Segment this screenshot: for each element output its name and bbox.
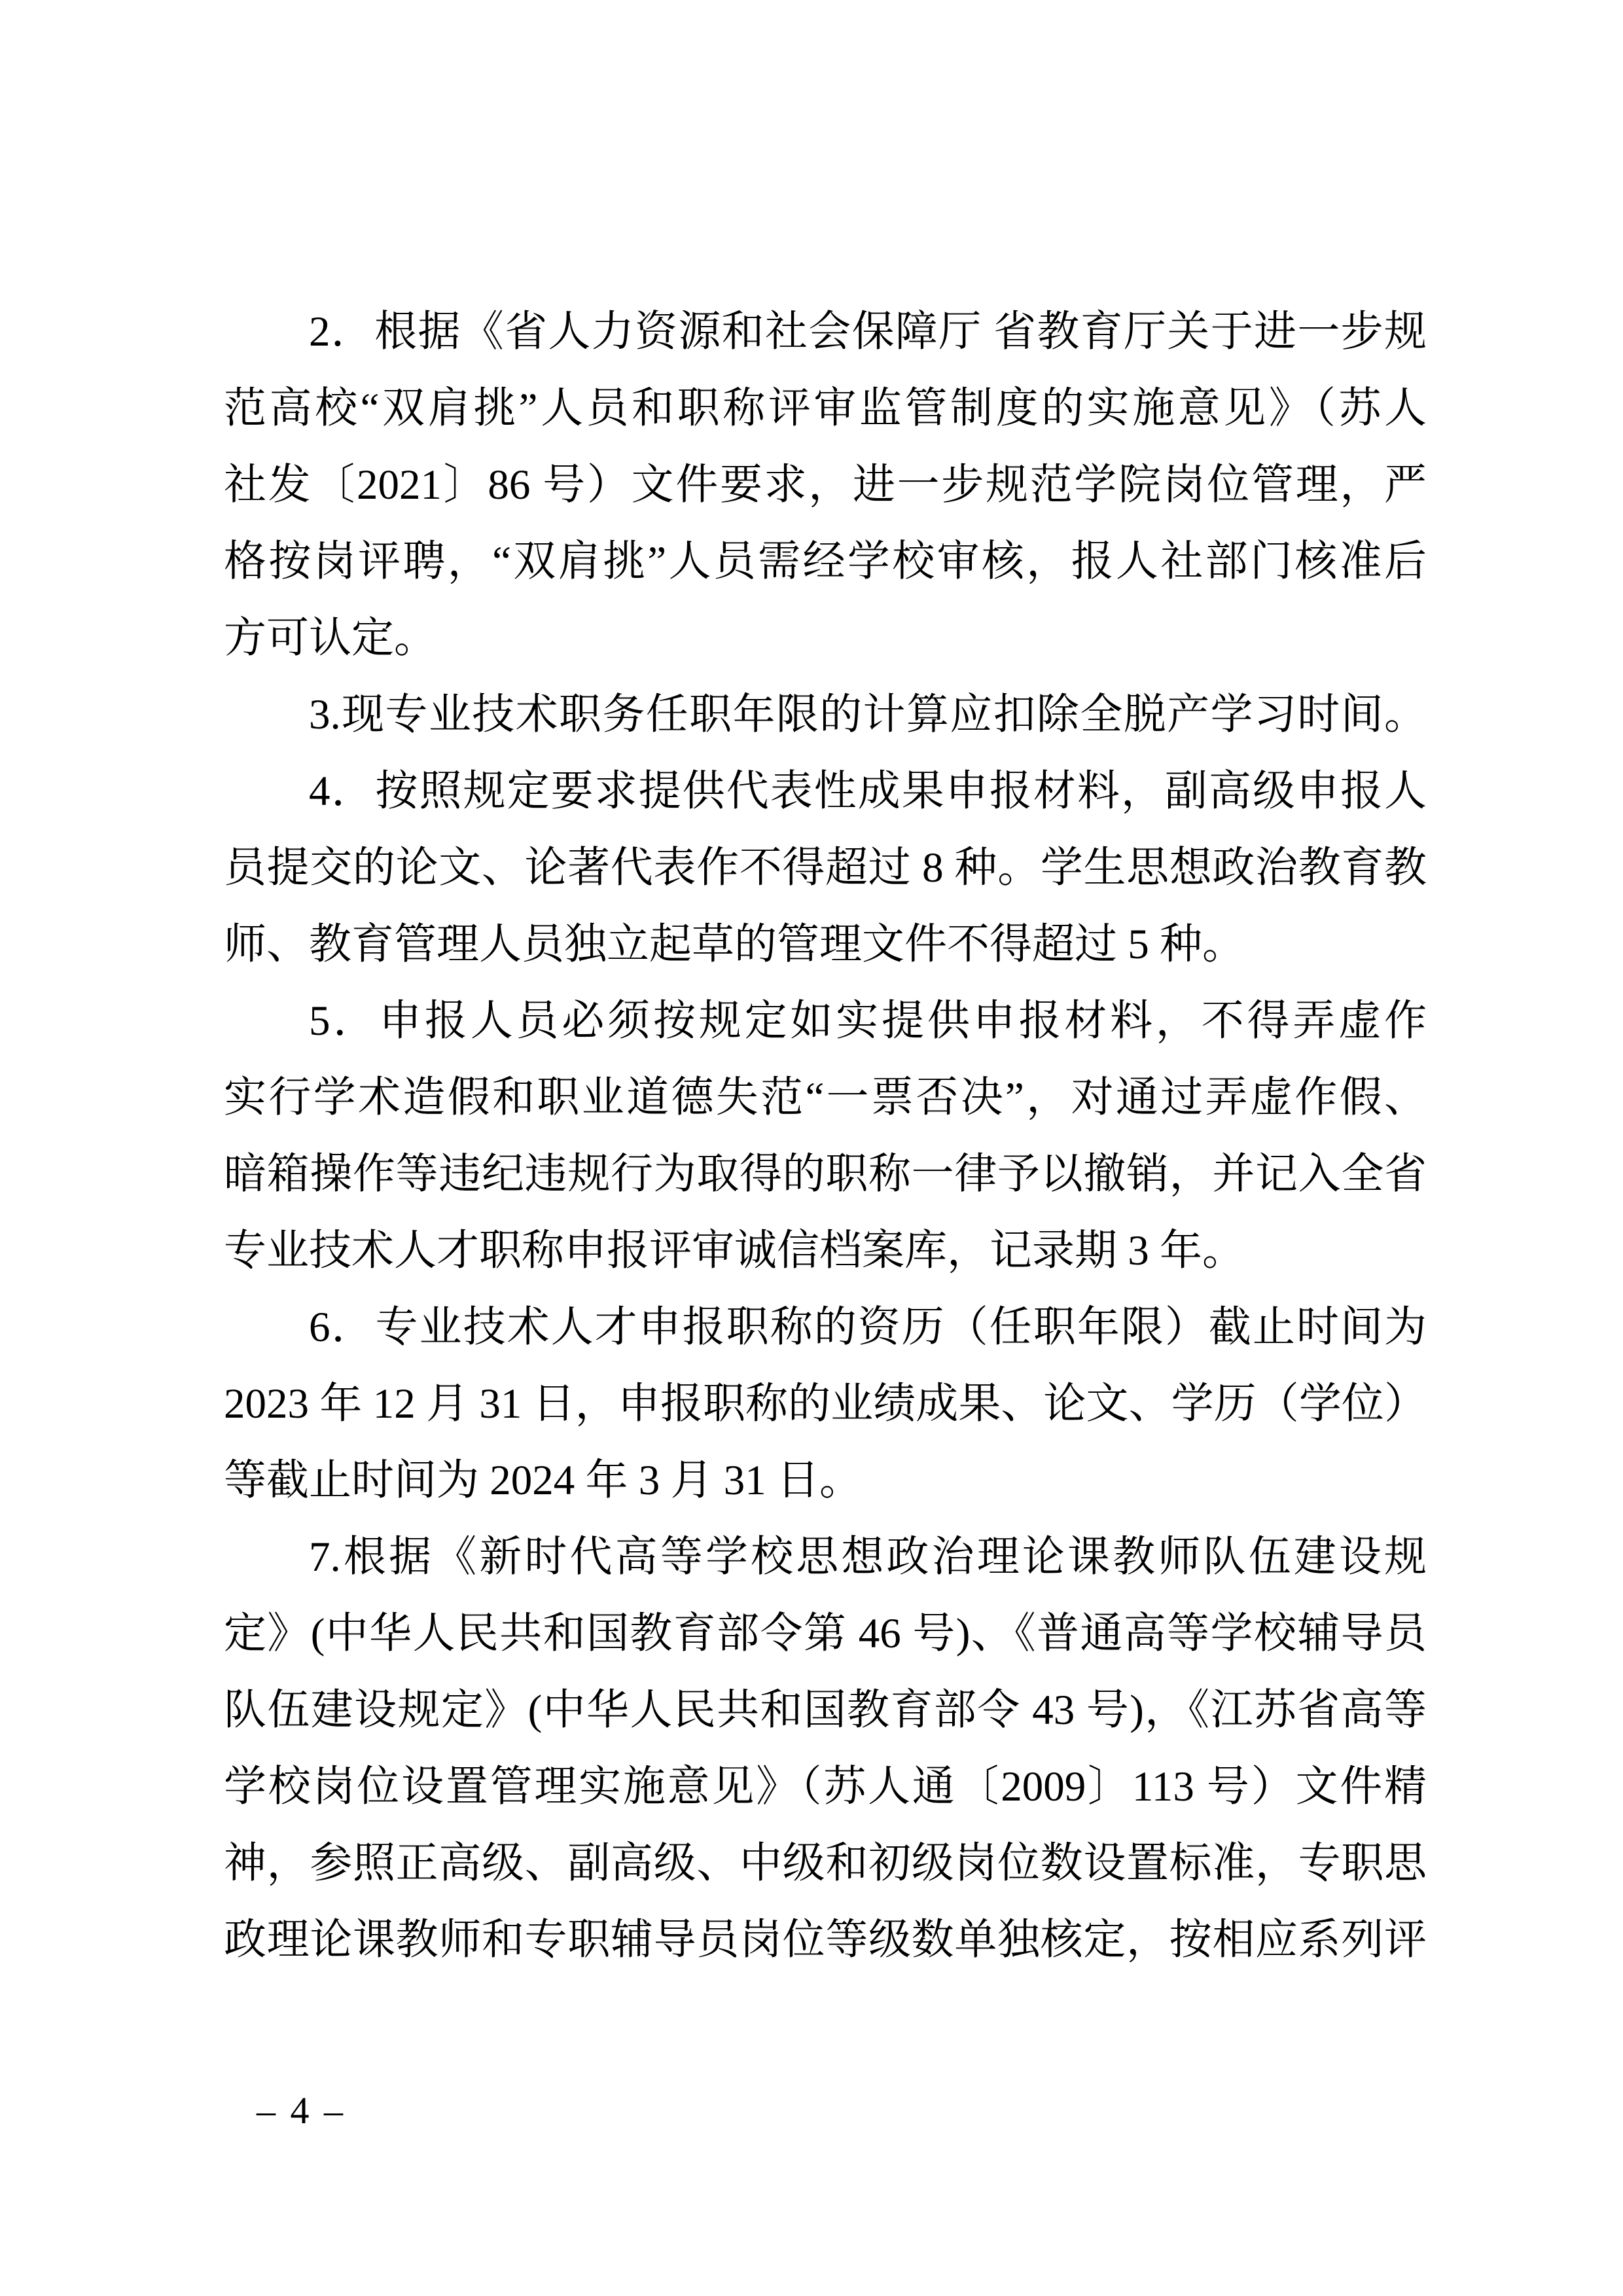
page-number: – 4 – (257, 2092, 346, 2130)
document-page: 2．根据《省人力资源和社会保障厅 省教育厅关于进一步规 范高校“双肩挑”人员和职… (0, 0, 1623, 2296)
text-line: 专业技术人才职称申报评审诚信档案库，记录期 3 年。 (224, 1213, 1427, 1289)
paragraph-4: 4．按照规定要求提供代表性成果申报材料，副高级申报人 员提交的论文、论著代表作不… (224, 753, 1427, 983)
text-line: 6．专业技术人才申报职称的资历（任职年限）截止时间为 (224, 1289, 1427, 1366)
document-body: 2．根据《省人力资源和社会保障厅 省教育厅关于进一步规 范高校“双肩挑”人员和职… (224, 294, 1427, 1979)
text-line: 师、教育管理人员独立起草的管理文件不得超过 5 种。 (224, 906, 1427, 983)
text-line: 政理论课教师和专职辅导员岗位等级数单独核定，按相应系列评 (224, 1902, 1427, 1979)
paragraph-5: 5．申报人员必须按规定如实提供申报材料，不得弄虚作假。 实行学术造假和职业道德失… (224, 983, 1427, 1289)
paragraph-6: 6．专业技术人才申报职称的资历（任职年限）截止时间为 2023 年 12 月 3… (224, 1289, 1427, 1519)
text-line: 范高校“双肩挑”人员和职称评审监管制度的实施意见》（苏人 (224, 370, 1427, 447)
text-line: 定》(中华人民共和国教育部令第 46 号)、《普通高等学校辅导员 (224, 1596, 1427, 1672)
text-line: 2023 年 12 月 31 日，申报职称的业绩成果、论文、学历（学位） (224, 1366, 1427, 1443)
text-line: 队伍建设规定》(中华人民共和国教育部令 43 号)，《江苏省高等 (224, 1672, 1427, 1749)
text-line: 等截止时间为 2024 年 3 月 31 日。 (224, 1443, 1427, 1519)
text-line: 员提交的论文、论著代表作不得超过 8 种。学生思想政治教育教 (224, 830, 1427, 906)
text-line: 3.现专业技术职务任职年限的计算应扣除全脱产学习时间。 (224, 677, 1427, 753)
paragraph-2: 2．根据《省人力资源和社会保障厅 省教育厅关于进一步规 范高校“双肩挑”人员和职… (224, 294, 1427, 677)
paragraph-7: 7.根据《新时代高等学校思想政治理论课教师队伍建设规 定》(中华人民共和国教育部… (224, 1519, 1427, 1979)
text-line: 7.根据《新时代高等学校思想政治理论课教师队伍建设规 (224, 1519, 1427, 1596)
text-line: 神，参照正高级、副高级、中级和初级岗位数设置标准，专职思 (224, 1825, 1427, 1902)
text-line: 实行学术造假和职业道德失范“一票否决”，对通过弄虚作假、 (224, 1060, 1427, 1136)
text-line: 社发〔2021〕86 号）文件要求，进一步规范学院岗位管理，严 (224, 447, 1427, 524)
text-line: 5．申报人员必须按规定如实提供申报材料，不得弄虚作假。 (224, 983, 1427, 1060)
text-line: 方可认定。 (224, 600, 1427, 677)
text-line: 2．根据《省人力资源和社会保障厅 省教育厅关于进一步规 (224, 294, 1427, 370)
paragraph-3: 3.现专业技术职务任职年限的计算应扣除全脱产学习时间。 (224, 677, 1427, 753)
text-line: 学校岗位设置管理实施意见》（苏人通〔2009〕113 号）文件精 (224, 1749, 1427, 1825)
text-line: 暗箱操作等违纪违规行为取得的职称一律予以撤销，并记入全省 (224, 1136, 1427, 1213)
text-line: 4．按照规定要求提供代表性成果申报材料，副高级申报人 (224, 753, 1427, 830)
text-line: 格按岗评聘，“双肩挑”人员需经学校审核，报人社部门核准后 (224, 524, 1427, 600)
